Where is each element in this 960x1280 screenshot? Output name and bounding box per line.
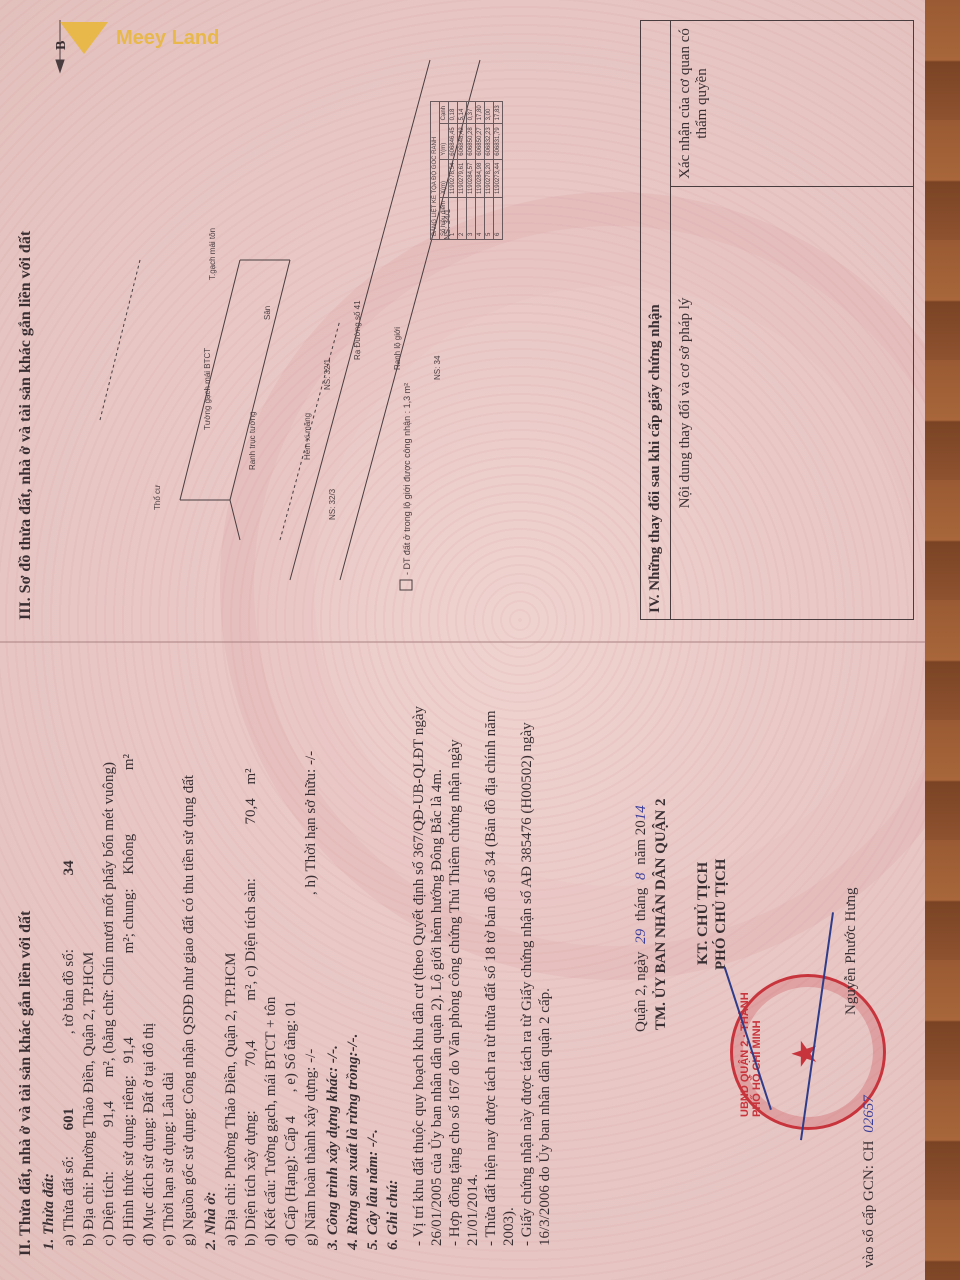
page-fold xyxy=(0,641,925,643)
house-grade: đ) Cấp (Hạng): Cấp 4 xyxy=(283,1116,299,1246)
floor-area-label: m², c) Diện tích sàn: xyxy=(243,878,259,1000)
note-line: 16/3/2006 do Ủy ban nhân dân quận 2 cấp. xyxy=(536,988,555,1246)
land-address: b) Địa chỉ: Phường Thảo Điền, Quận 2, TP… xyxy=(80,952,99,1246)
signing-month: 8 xyxy=(633,873,649,881)
changes-column-header: Nội dung thay đổi và cơ sở pháp lý xyxy=(671,187,914,620)
note-line: 26/01/2005 của Ủy ban nhân dân quận 2). … xyxy=(428,769,447,1246)
certificate-paper: II. Thửa đất, nhà ở và tài sản khác gắn … xyxy=(0,0,925,1280)
brand-name: Meey Land xyxy=(116,27,219,50)
svg-text:Rạ Đường số 41: Rạ Đường số 41 xyxy=(353,300,362,360)
coord-row: 41190284,98606850,2717,80 xyxy=(476,102,485,240)
house-floors: , e) Số tầng: 01 xyxy=(283,1001,299,1092)
registry-number: 02657 xyxy=(861,1095,877,1133)
date-prefix: Quận 2, ngày xyxy=(633,952,649,1032)
confirmation-column-header: Xác nhận của cơ quan có thẩm quyền xyxy=(671,21,914,187)
ownership-unit: m² xyxy=(121,754,137,770)
svg-text:NS: 32/1: NS: 32/1 xyxy=(323,358,332,390)
certificate-page: II. Thửa đất, nhà ở và tài sản khác gắn … xyxy=(0,0,960,1280)
house-completion: g) Năm hoàn thành xây dựng: -/- xyxy=(303,1049,319,1246)
house-grade-row: đ) Cấp (Hạng): Cấp 4 , e) Số tầng: 01 xyxy=(282,1001,301,1246)
other-works: 3. Công trình xây dựng khác: -/-. xyxy=(324,1045,343,1250)
coord-row: 11190278,54606846,450,18 xyxy=(449,102,458,240)
svg-text:T.gạch mái tôn: T.gạch mái tôn xyxy=(208,228,217,280)
floor-area-unit: m² xyxy=(243,768,259,784)
coord-header: Y(m) xyxy=(440,124,449,159)
build-area-label: b) Diện tích xây dựng: xyxy=(243,1110,259,1246)
house-completion-row: g) Năm hoàn thành xây dựng: -/- , h) Thờ… xyxy=(302,751,321,1246)
on-behalf-label: KT. CHỦ TỊCH xyxy=(694,862,713,965)
coord-header: Số hiệu điểm xyxy=(440,197,449,239)
note-line: - Hợp đồng tặng cho số 167 do Văn phòng … xyxy=(446,739,465,1246)
note-line: - Giấy chứng nhận này được tách ra từ Gi… xyxy=(518,722,537,1246)
house-heading: 2. Nhà ở: xyxy=(202,1192,221,1250)
svg-text:Tường gạch mái BTCT: Tường gạch mái BTCT xyxy=(203,348,212,430)
svg-text:NS: 32/3: NS: 32/3 xyxy=(328,488,337,520)
map-sheet-label: , tờ bản đồ số: xyxy=(61,949,77,1034)
parcel-number: 601 xyxy=(61,1108,77,1131)
land-area-row: c) Diện tích: 91,4 m², (bằng chữ: Chín m… xyxy=(100,762,119,1246)
house-structure: d) Kết cấu: Tường gạch, mái BTCT + tôn xyxy=(262,997,281,1246)
signing-day: 29 xyxy=(633,929,649,944)
section-3-title: III. Sơ đồ thửa đất, nhà ở và tài sản kh… xyxy=(16,231,35,620)
land-area: 91,4 xyxy=(101,1101,117,1127)
parcel-no-label: a) Thửa đất số: xyxy=(61,1156,77,1246)
house-ownership-term: , h) Thời hạn sở hữu: -/- xyxy=(303,751,319,895)
ownership-shared-label: m²; chung: xyxy=(121,889,137,954)
registry-label: vào sổ cấp GCN: CH xyxy=(861,1141,877,1269)
coord-row: 31190284,57606850,280,37 xyxy=(467,102,476,240)
coordinate-table: BẢNG LIỆT KÊ TỌA ĐỘ GÓC RANH Số hiệu điể… xyxy=(430,101,503,240)
svg-text:Ranh lộ giới: Ranh lộ giới xyxy=(393,327,402,370)
coord-header: Cạnh xyxy=(440,102,449,124)
svg-text:NS: 34: NS: 34 xyxy=(433,355,442,380)
signing-authority: TM. ỦY BAN NHÂN DÂN QUẬN 2 xyxy=(652,798,671,1030)
ownership-row: d) Hình thức sử dụng: riêng: 91,4 m²; ch… xyxy=(120,754,139,1246)
registry-row: vào sổ cấp GCN: CH 02657 xyxy=(860,1095,879,1268)
meey-land-watermark: Meey Land xyxy=(60,22,219,54)
svg-text:Hẻm xi măng: Hẻm xi măng xyxy=(303,413,312,460)
svg-text:Ranh trục tường: Ranh trục tường xyxy=(248,411,257,470)
coord-table-title: BẢNG LIỆT KÊ TỌA ĐỘ GÓC RANH xyxy=(431,102,440,240)
coord-row: 21190279,61606848,425,14 xyxy=(458,102,467,240)
map-sheet-number: 34 xyxy=(61,860,77,875)
land-area-words: m², (bằng chữ: Chín mươi mốt phẩy bốn mé… xyxy=(101,762,117,1077)
signing-year: 14 xyxy=(633,805,649,820)
signer-title: PHÓ CHỦ TỊCH xyxy=(712,859,731,970)
build-area: 70,4 xyxy=(243,1040,259,1066)
section-4-title: IV. Những thay đổi sau khi cấp giấy chứn… xyxy=(641,21,671,620)
ownership-label: d) Hình thức sử dụng: riêng: xyxy=(121,1075,137,1246)
ownership-private: 91,4 xyxy=(121,1037,137,1063)
signer-name: Nguyễn Phước Hưng xyxy=(842,887,861,1015)
land-origin: g) Nguồn gốc sử dụng: Công nhận QSDĐ như… xyxy=(180,775,199,1246)
svg-text:Sân: Sân xyxy=(263,306,272,320)
coord-row: 61190273,44606831,7917,83 xyxy=(494,102,503,240)
note-line: - Vị trí khu đất thuộc quy hoạch khu dân… xyxy=(410,706,429,1246)
year-label: năm 20 xyxy=(633,820,649,865)
note-line: 2003). xyxy=(500,1207,519,1246)
parcel-number-row: a) Thửa đất số: 601 , tờ bản đồ số: 34 xyxy=(60,860,79,1246)
coord-row: 51190278,20606832,233,00 xyxy=(485,102,494,240)
section-2-title: II. Thửa đất, nhà ở và tài sản khác gắn … xyxy=(16,911,35,1256)
note-line: 21/01/2014. xyxy=(464,1174,483,1246)
changes-table: IV. Những thay đổi sau khi cấp giấy chứn… xyxy=(640,20,914,620)
production-forest: 4. Rừng sản xuất là rừng trồng:-/-. xyxy=(344,1034,363,1250)
star-icon: ★ xyxy=(785,1039,825,1069)
house-address: a) Địa chỉ: Phường Thảo Điền, Quận 2, TP… xyxy=(222,953,241,1246)
ownership-shared: Không xyxy=(121,834,137,875)
notes-heading: 6. Ghi chú: xyxy=(384,1180,403,1250)
land-term: e) Thời hạn sử dụng: Lâu dài xyxy=(160,1072,179,1246)
coord-header: X(m) xyxy=(440,159,449,197)
note-line: - Thửa đất hiện nay được tách ra từ thửa… xyxy=(482,711,501,1246)
meey-land-logo-icon xyxy=(60,22,108,54)
house-area-row: b) Diện tích xây dựng: 70,4 m², c) Diện … xyxy=(242,768,261,1246)
svg-text:- DT đất ở trong lộ giới được: - DT đất ở trong lộ giới được công nhận … xyxy=(402,383,412,575)
svg-text:Thổ cư: Thổ cư xyxy=(153,484,162,510)
perennial-trees: 5. Cây lâu năm: -/-. xyxy=(364,1129,383,1250)
land-heading: 1. Thửa đất: xyxy=(40,1173,59,1250)
signing-date: Quận 2, ngày 29 tháng 8 năm 2014 xyxy=(632,805,651,1032)
month-label: tháng xyxy=(633,888,649,921)
floor-area: 70,4 xyxy=(243,798,259,824)
land-purpose: đ) Mục đích sử dụng: Đất ở tại đô thị xyxy=(140,1023,159,1246)
land-area-label: c) Diện tích: xyxy=(101,1171,117,1246)
